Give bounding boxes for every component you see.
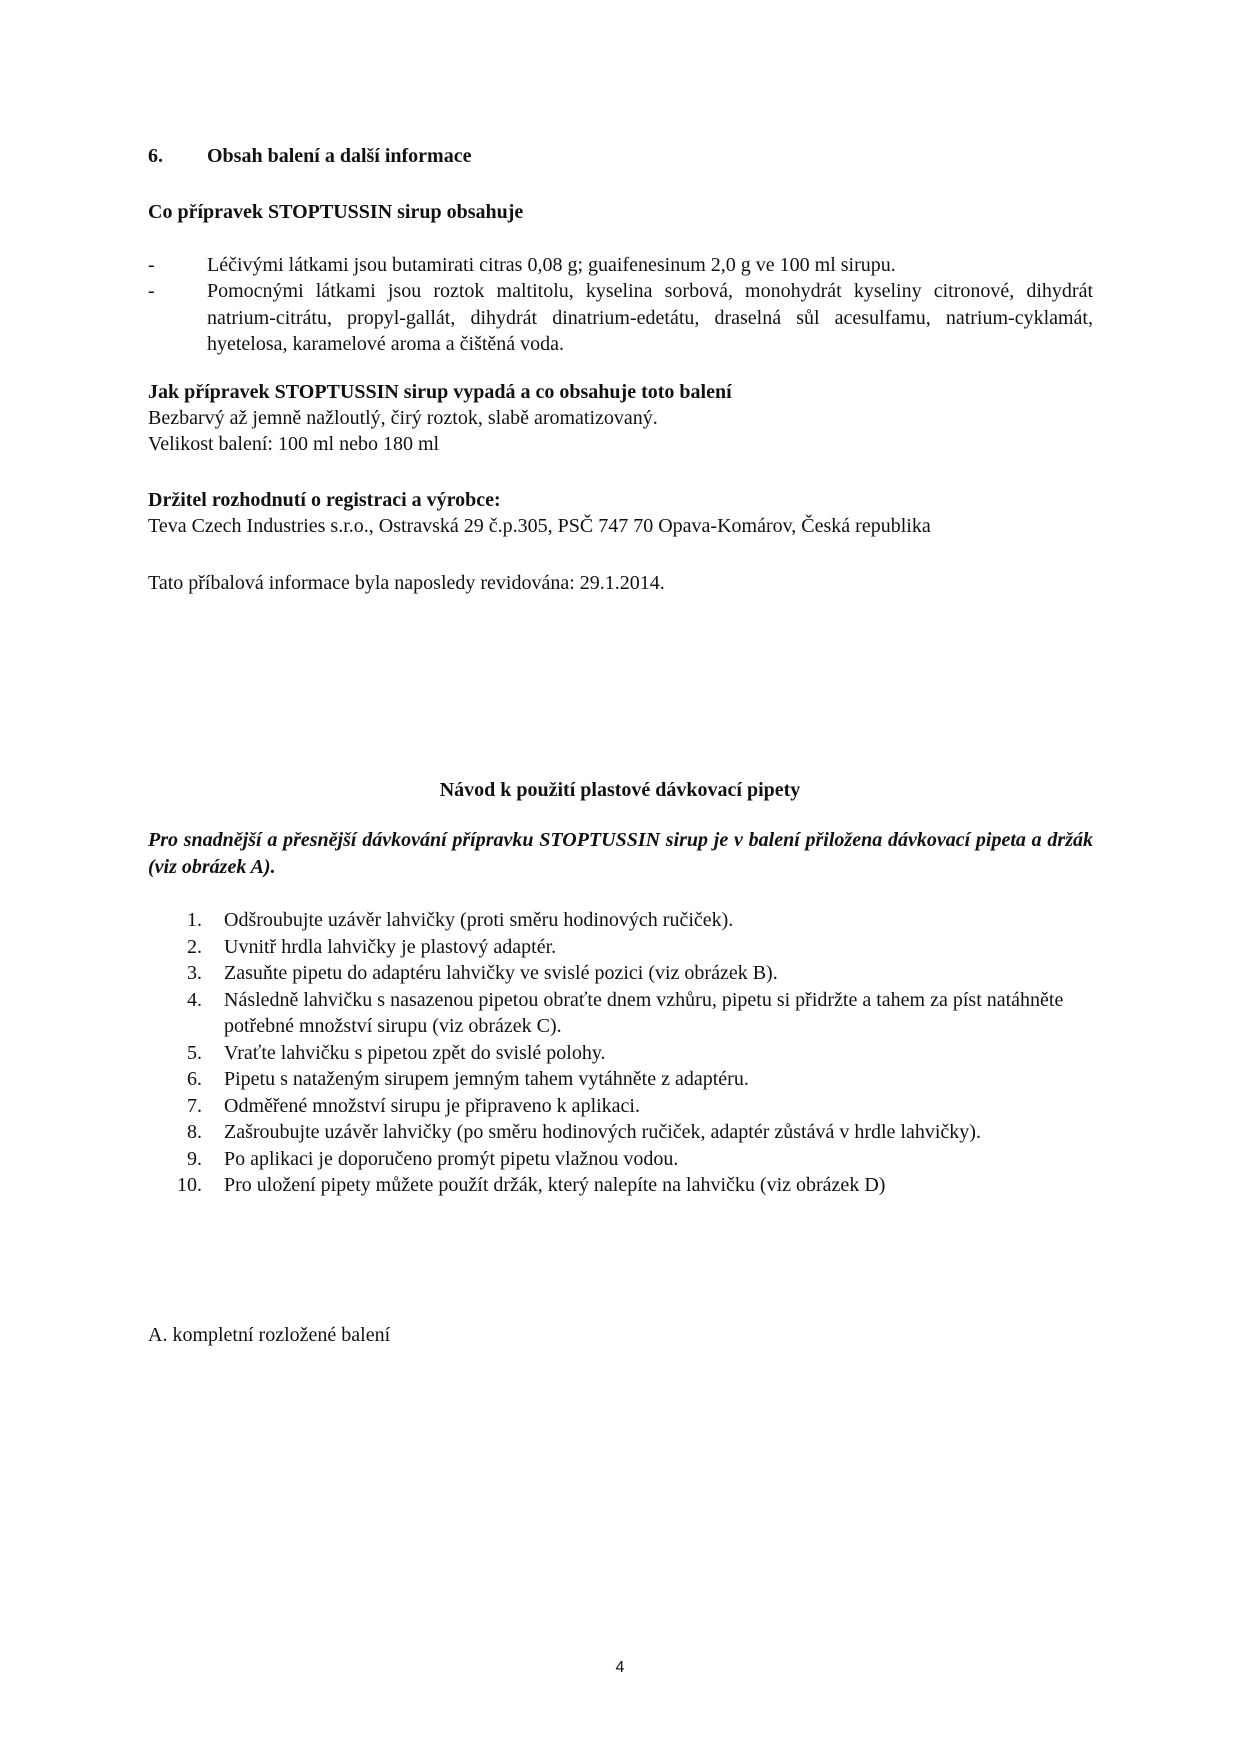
active-ingredients-item: Léčivými látkami jsou butamirati citras … bbox=[207, 252, 1093, 279]
instructions-title: Návod k použití plastové dávkovací pipet… bbox=[0, 777, 1240, 803]
step-text: Pipetu s nataženým sirupem jemným tahem … bbox=[224, 1068, 749, 1090]
instruction-step: 6.Pipetu s nataženým sirupem jemným tahe… bbox=[150, 1066, 1095, 1093]
instruction-step: 9.Po aplikaci je doporučeno promýt pipet… bbox=[150, 1146, 1095, 1173]
step-number: 4. bbox=[150, 987, 202, 1014]
instructions-intro: Pro snadnější a přesnější dávkování příp… bbox=[148, 827, 1093, 880]
excipients-item: Pomocnými látkami jsou roztok maltitolu,… bbox=[207, 278, 1093, 358]
holder-heading: Držitel rozhodnutí o registraci a výrobc… bbox=[148, 487, 501, 513]
appearance-description: Bezbarvý až jemně nažloutlý, čirý roztok… bbox=[148, 405, 658, 431]
instruction-step: 2.Uvnitř hrdla lahvičky je plastový adap… bbox=[150, 934, 1095, 961]
pack-size: Velikost balení: 100 ml nebo 180 ml bbox=[148, 431, 439, 457]
revision-date: Tato příbalová informace byla naposledy … bbox=[148, 570, 665, 596]
instruction-step: 4.Následně lahvičku s nasazenou pipetou … bbox=[150, 987, 1095, 1040]
bullet-dash: - bbox=[148, 252, 155, 278]
instructions-steps: 1.Odšroubujte uzávěr lahvičky (proti smě… bbox=[150, 907, 1095, 1199]
step-number: 5. bbox=[150, 1040, 202, 1067]
step-number: 9. bbox=[150, 1146, 202, 1173]
step-number: 2. bbox=[150, 934, 202, 961]
section-title: Obsah balení a další informace bbox=[207, 145, 471, 168]
contents-heading: Co přípravek STOPTUSSIN sirup obsahuje bbox=[148, 199, 523, 225]
step-text: Vraťte lahvičku s pipetou zpět do svislé… bbox=[224, 1042, 606, 1064]
bullet-dash: - bbox=[148, 278, 155, 304]
step-text: Odměřené množství sirupu je připraveno k… bbox=[224, 1095, 640, 1117]
step-text: Odšroubujte uzávěr lahvičky (proti směru… bbox=[224, 909, 733, 931]
holder-address: Teva Czech Industries s.r.o., Ostravská … bbox=[148, 513, 931, 539]
instruction-step: 10.Pro uložení pipety můžete použít držá… bbox=[150, 1172, 1095, 1199]
instruction-step: 7.Odměřené množství sirupu je připraveno… bbox=[150, 1093, 1095, 1120]
step-text: Po aplikaci je doporučeno promýt pipetu … bbox=[224, 1148, 678, 1170]
section-number: 6. bbox=[148, 145, 163, 168]
instruction-step: 3.Zasuňte pipetu do adaptéru lahvičky ve… bbox=[150, 960, 1095, 987]
step-number: 1. bbox=[150, 907, 202, 934]
step-number: 7. bbox=[150, 1093, 202, 1120]
step-text: Následně lahvičku s nasazenou pipetou ob… bbox=[224, 989, 1063, 1038]
step-number: 8. bbox=[150, 1119, 202, 1146]
instruction-step: 1.Odšroubujte uzávěr lahvičky (proti smě… bbox=[150, 907, 1095, 934]
instruction-step: 8.Zašroubujte uzávěr lahvičky (po směru … bbox=[150, 1119, 1095, 1146]
step-number: 3. bbox=[150, 960, 202, 987]
instruction-step: 5.Vraťte lahvičku s pipetou zpět do svis… bbox=[150, 1040, 1095, 1067]
step-number: 10. bbox=[150, 1172, 202, 1199]
step-text: Zašroubujte uzávěr lahvičky (po směru ho… bbox=[224, 1121, 981, 1143]
appearance-heading: Jak přípravek STOPTUSSIN sirup vypadá a … bbox=[148, 379, 732, 405]
step-number: 6. bbox=[150, 1066, 202, 1093]
step-text: Zasuňte pipetu do adaptéru lahvičky ve s… bbox=[224, 962, 778, 984]
figure-caption: A. kompletní rozložené balení bbox=[148, 1322, 390, 1348]
page-number: 4 bbox=[0, 1655, 1240, 1681]
step-text: Uvnitř hrdla lahvičky je plastový adapté… bbox=[224, 936, 556, 958]
step-text: Pro uložení pipety můžete použít držák, … bbox=[224, 1174, 885, 1196]
